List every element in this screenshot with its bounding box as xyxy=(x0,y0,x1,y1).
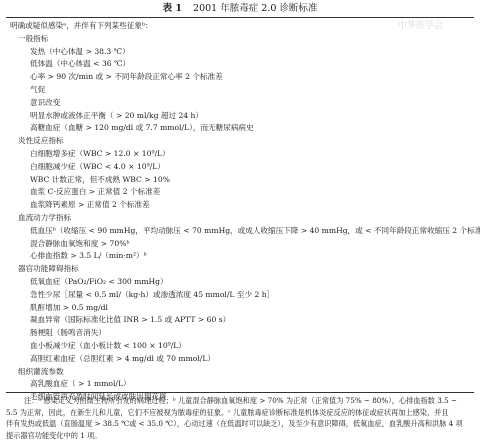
table-title: 2001 年脓毒症 2.0 诊断标准 xyxy=(193,3,317,14)
criteria-item: 凝血异常（国际标准化比值 INR > 1.5 或 APTT > 60 s） xyxy=(10,314,475,327)
criteria-item: 发热（中心体温 > 38.3 ℃） xyxy=(10,46,475,59)
section-heading-hemodynamic: 血流动力学指标 xyxy=(10,212,475,225)
footnote-line: 提示器官功能变化中的 1 项。 xyxy=(6,430,474,442)
footnote-line: 伴有发热或低温（直肠温度 > 38.5 ℃或 < 35.0 ℃），心动过速（在低… xyxy=(6,418,474,430)
criteria-item: 混合静脉血氧饱和度 > 70%ᵇ xyxy=(10,238,475,251)
criteria-item: 血浆 C-反应蛋白 > 正常值 2 个标准差 xyxy=(10,186,475,199)
section-heading-general: 一般指标 xyxy=(10,33,475,46)
criteria-item: 白细胞增多症（WBC > 12.0 × 10⁹/L） xyxy=(10,148,475,161)
criteria-item: 血小板减少症（血小板计数 < 100 × 10⁹/L） xyxy=(10,340,475,353)
section-heading-perfusion: 组织灌流参数 xyxy=(10,366,475,379)
criteria-item: 心率 > 90 次/min 或 > 不同年龄段正常心率 2 个标准差 xyxy=(10,71,475,84)
table-footnotes: 注：ᵃ 感染定义为由微生物所引发的病理过程；ᵇ 儿童混合静脉血氧饱和度 > 70… xyxy=(6,395,474,441)
footnote-line: 注：ᵃ 感染定义为由微生物所引发的病理过程；ᵇ 儿童混合静脉血氧饱和度 > 70… xyxy=(6,395,474,407)
criteria-item: 气促 xyxy=(10,84,475,97)
criteria-item: 低血压ᵇ（收缩压 < 90 mmHg，平均动脉压 < 70 mmHg，或成人收缩… xyxy=(10,225,475,238)
criteria-item: 高乳酸血症（ > 1 mmol/L） xyxy=(10,378,475,391)
criteria-item: 血浆降钙素原 > 正常值 2 个标准差 xyxy=(10,199,475,212)
section-heading-organ-dysfunction: 器官功能障碍指标 xyxy=(10,263,475,276)
criteria-intro: 明确或疑似感染ᵃ，并伴有下列某些征象ᵇ： xyxy=(10,20,475,33)
section-heading-inflammatory: 炎性反应指标 xyxy=(10,135,475,148)
criteria-item: 肌酐增加 > 0.5 mg/dl xyxy=(10,302,475,315)
criteria-item: WBC 计数正常，但不成熟 WBC > 10% xyxy=(10,174,475,187)
criteria-item: 高糖血症（血糖 > 120 mg/dl 或 7.7 mmol/L），而无糖尿病病… xyxy=(10,122,475,135)
criteria-item: 急性少尿［尿量 < 0.5 ml/（kg·h）或渗透浓度 45 mmol/L 至… xyxy=(10,289,475,302)
criteria-item: 白细胞减少症（WBC < 4.0 × 10⁹/L） xyxy=(10,161,475,174)
criteria-item: 心排血指数 > 3.5 L/（min·m²）ᵇ xyxy=(10,250,475,263)
criteria-list: 明确或疑似感染ᵃ，并伴有下列某些征象ᵇ： 一般指标 发热（中心体温 > 38.3… xyxy=(10,20,475,404)
criteria-item: 低体温（中心体温 < 36 ℃） xyxy=(10,58,475,71)
criteria-item: 高胆红素血症（总胆红素 > 4 mg/dl 或 70 mmol/L） xyxy=(10,353,475,366)
footnote-line: 5.5 为正常，因此，在新生儿和儿童，它们不应被视为脓毒症的征象。ᶜ 儿童脓毒症… xyxy=(6,407,474,419)
table-number: 表 1 xyxy=(163,3,182,14)
criteria-item: 肠梗阻（肠鸣音消失） xyxy=(10,327,475,340)
criteria-item: 低氧血症（PaO₂/FiO₂ < 300 mmHg） xyxy=(10,276,475,289)
criteria-item: 意识改变 xyxy=(10,97,475,110)
bottom-rule xyxy=(6,392,474,393)
criteria-item: 明显水肿或液体正平衡（ > 20 ml/kg 超过 24 h） xyxy=(10,110,475,123)
table-caption: 表 1 2001 年脓毒症 2.0 诊断标准 xyxy=(0,3,480,15)
